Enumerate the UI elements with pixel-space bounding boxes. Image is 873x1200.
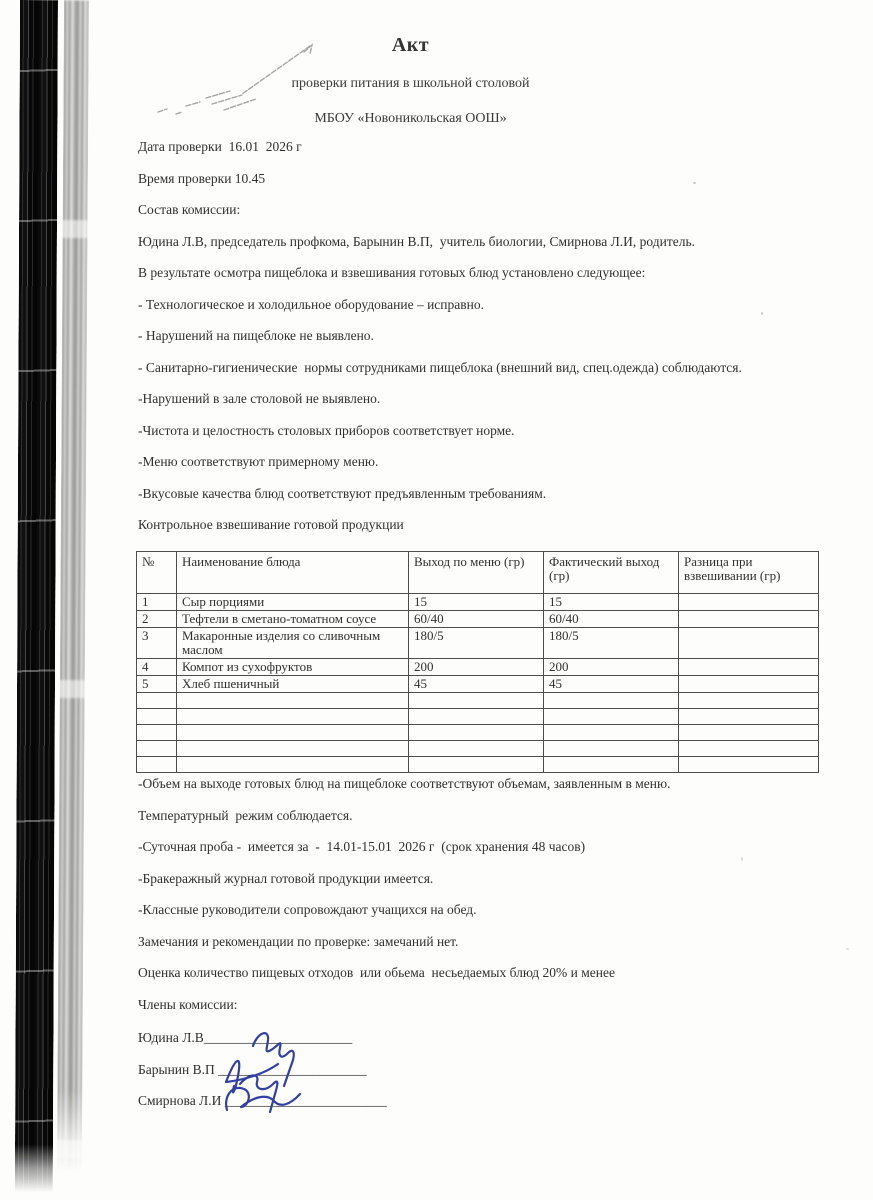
document-conclusions: -Объем на выходе готовых блюд на пищебло… xyxy=(138,777,838,1124)
table-cell xyxy=(679,628,819,659)
table-cell xyxy=(409,693,544,709)
document-subtitle: проверки питания в школьной столовой xyxy=(138,76,683,92)
table-cell: 180/5 xyxy=(409,628,544,659)
table-cell xyxy=(544,741,679,757)
table-cell: 5 xyxy=(137,676,177,693)
table-cell: 1 xyxy=(137,594,177,611)
conclusion-item: -Классные руководители сопровождают учащ… xyxy=(138,903,838,917)
table-cell xyxy=(679,725,819,741)
table-cell xyxy=(137,757,177,773)
weighing-table: № Наименование блюда Выход по меню (гр) … xyxy=(136,551,819,773)
table-row xyxy=(137,757,819,773)
table-cell xyxy=(137,725,177,741)
finding-item: - Технологическое и холодильное оборудов… xyxy=(138,298,828,312)
table-cell: 15 xyxy=(409,594,544,611)
table-header-row: № Наименование блюда Выход по меню (гр) … xyxy=(137,552,819,594)
scan-artifact-dark-band xyxy=(15,0,58,1192)
finding-item: - Санитарно-гигиенические нормы сотрудни… xyxy=(138,361,828,375)
table-cell xyxy=(177,757,409,773)
table-cell xyxy=(409,709,544,725)
conclusion-item: -Суточная проба - имеется за - 14.01-15.… xyxy=(138,840,838,854)
table-row: 5 Хлеб пшеничный 45 45 xyxy=(137,676,819,693)
table-cell: Тефтели в сметано-томатном соусе xyxy=(177,611,409,628)
table-cell xyxy=(679,693,819,709)
table-cell: 45 xyxy=(409,676,544,693)
column-header: Наименование блюда xyxy=(177,552,409,594)
conclusion-item: Температурный режим соблюдается. xyxy=(138,809,838,823)
signature-name: Барынин В.П xyxy=(138,1062,218,1077)
table-cell xyxy=(409,725,544,741)
table-cell: 4 xyxy=(137,659,177,676)
commission-heading: Состав комиссии: xyxy=(138,203,828,217)
table-cell: Макаронные изделия со сливочным маслом xyxy=(177,628,409,659)
table-cell xyxy=(679,659,819,676)
conclusion-item: Замечания и рекомендации по проверке: за… xyxy=(138,935,838,949)
table-cell: 45 xyxy=(544,676,679,693)
table-cell: 200 xyxy=(544,659,679,676)
page-title: Акт xyxy=(138,34,683,57)
column-header: № xyxy=(137,552,177,594)
scan-artifact-gray-band xyxy=(57,0,89,1172)
signature-name: Смирнова Л.И xyxy=(138,1093,225,1108)
finding-item: -Меню соответствуют примерному меню. xyxy=(138,455,828,469)
table-row: 4 Компот из сухофруктов 200 200 xyxy=(137,659,819,676)
table-cell: 60/40 xyxy=(544,611,679,628)
scanned-document-page: { "colors": { "ink_blue": "#3240a5", "sc… xyxy=(0,0,873,1200)
table-cell xyxy=(679,741,819,757)
table-cell xyxy=(177,693,409,709)
signature-row: Барынин В.П ______________________ xyxy=(138,1061,838,1079)
commission-members: Юдина Л.В, председатель профкома, Барыни… xyxy=(138,235,828,249)
table-cell xyxy=(679,611,819,628)
conclusion-item: Оценка количество пищевых отходов или об… xyxy=(138,966,838,980)
table-cell xyxy=(409,757,544,773)
table-row: 2 Тефтели в сметано-томатном соусе 60/40… xyxy=(137,611,819,628)
table-cell: 180/5 xyxy=(544,628,679,659)
table-row: 3 Макаронные изделия со сливочным маслом… xyxy=(137,628,819,659)
table-cell: Сыр порциями xyxy=(177,594,409,611)
table-row xyxy=(137,709,819,725)
table-caption: Контрольное взвешивание готовой продукци… xyxy=(138,518,828,532)
signature-row: Юдина Л.В______________________ xyxy=(138,1029,838,1047)
column-header: Выход по меню (гр) xyxy=(409,552,544,594)
table-cell xyxy=(544,693,679,709)
signature-name: Юдина Л.В xyxy=(138,1030,204,1045)
table-cell: 200 xyxy=(409,659,544,676)
conclusion-item: -Объем на выходе готовых блюд на пищебло… xyxy=(138,777,838,791)
column-header: Разница при взвешивании (гр) xyxy=(679,552,819,594)
table-cell: Компот из сухофруктов xyxy=(177,659,409,676)
table-cell xyxy=(679,676,819,693)
school-name: МБОУ «Новоникольская ООШ» xyxy=(138,111,683,127)
signature-line: ______________________ xyxy=(218,1062,367,1077)
table-cell xyxy=(177,709,409,725)
scan-noise-speck xyxy=(846,948,849,950)
table-cell xyxy=(544,757,679,773)
signature-line: ________________________ xyxy=(225,1093,387,1108)
table-cell: Хлеб пшеничный xyxy=(177,676,409,693)
conclusion-item: -Бракеражный журнал готовой продукции им… xyxy=(138,872,838,886)
inspection-date: Дата проверки 16.01 2026 г xyxy=(138,140,828,154)
table-cell: 2 xyxy=(137,611,177,628)
table-cell: 3 xyxy=(137,628,177,659)
table-cell xyxy=(409,741,544,757)
finding-item: - Нарушений на пищеблоке не выявлено. xyxy=(138,329,828,343)
table-cell xyxy=(137,709,177,725)
table-cell xyxy=(137,741,177,757)
table-row xyxy=(137,725,819,741)
table-cell xyxy=(177,741,409,757)
finding-item: -Чистота и целостность столовых приборов… xyxy=(138,424,828,438)
signature-row: Смирнова Л.И ________________________ xyxy=(138,1092,838,1110)
table-cell: 15 xyxy=(544,594,679,611)
table-row xyxy=(137,741,819,757)
table-cell xyxy=(679,757,819,773)
table-row: 1 Сыр порциями 15 15 xyxy=(137,594,819,611)
table-cell xyxy=(679,594,819,611)
table-cell xyxy=(544,709,679,725)
members-heading: Члены комиссии: xyxy=(138,998,838,1012)
table-cell xyxy=(137,693,177,709)
document-body: Дата проверки 16.01 2026 г Время проверк… xyxy=(138,140,828,550)
table-cell: 60/40 xyxy=(409,611,544,628)
table-cell xyxy=(177,725,409,741)
table-row xyxy=(137,693,819,709)
finding-item: -Нарушений в зале столовой не выявлено. xyxy=(138,392,828,406)
finding-item: -Вкусовые качества блюд соответствуют пр… xyxy=(138,487,828,501)
column-header: Фактический выход (гр) xyxy=(544,552,679,594)
signature-line: ______________________ xyxy=(204,1030,353,1045)
table-cell xyxy=(679,709,819,725)
table-cell xyxy=(544,725,679,741)
inspection-time: Время проверки 10.45 xyxy=(138,172,828,186)
findings-intro: В результате осмотра пищеблока и взвешив… xyxy=(138,266,828,280)
